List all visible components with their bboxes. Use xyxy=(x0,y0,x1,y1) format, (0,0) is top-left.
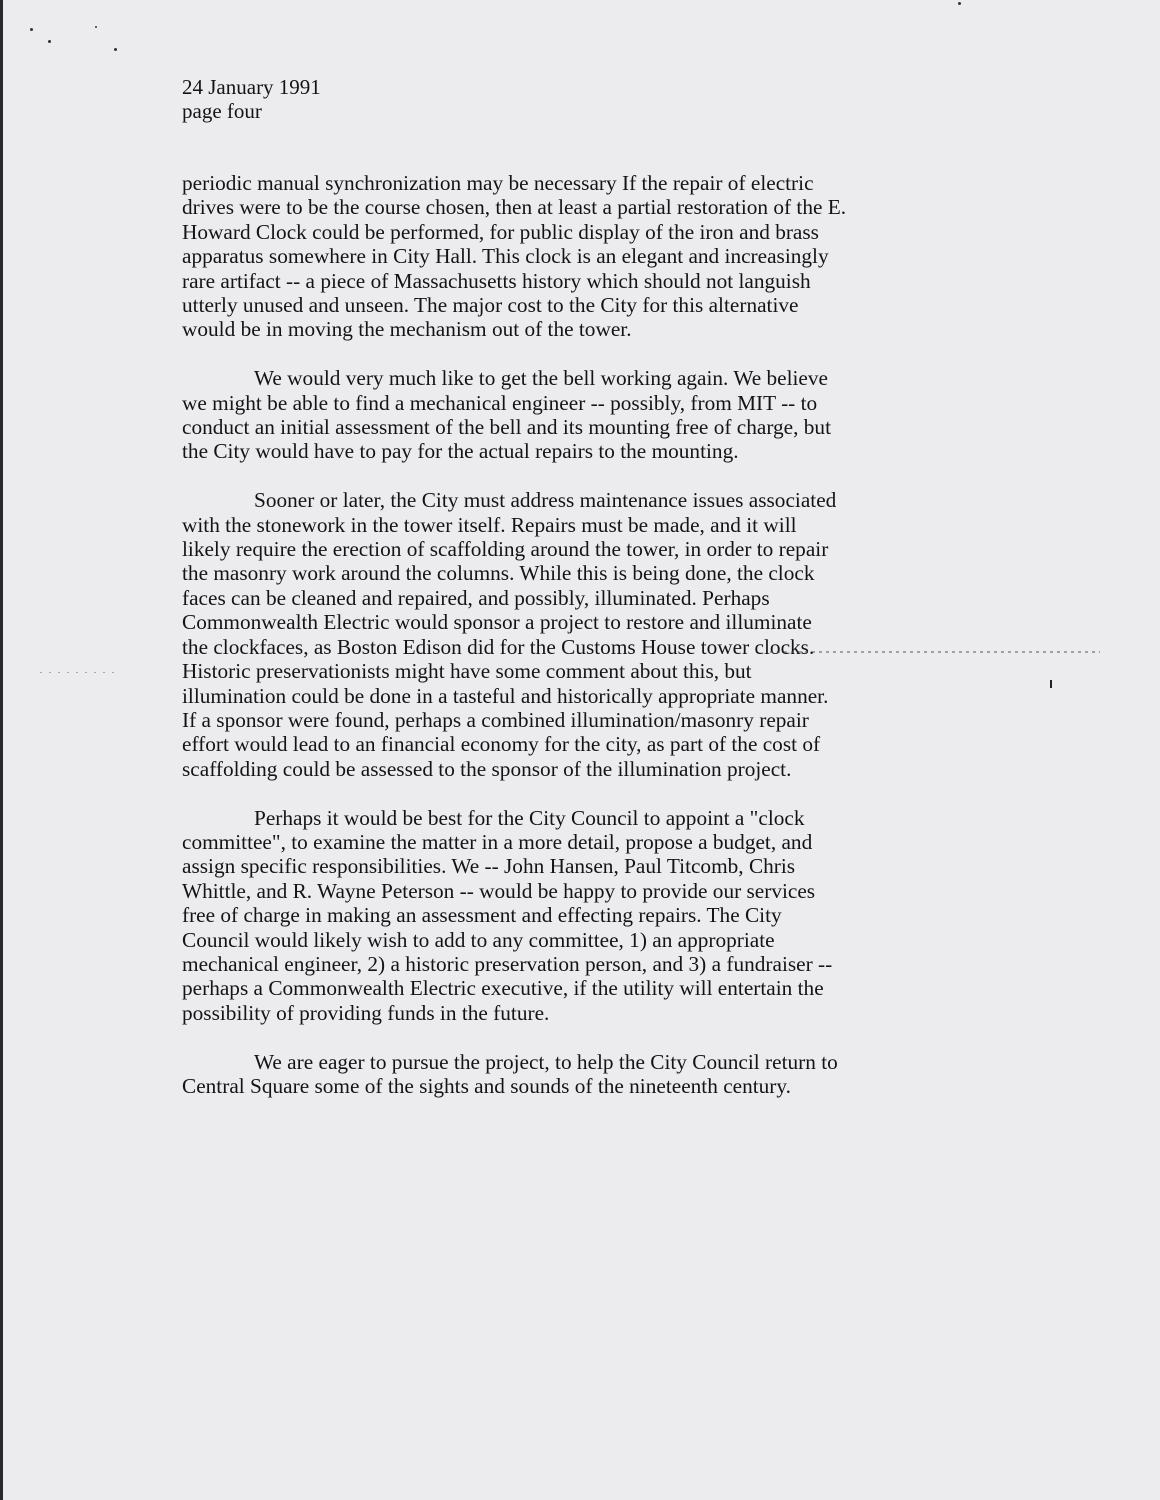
text-line: the clockfaces, as Boston Edison did for… xyxy=(182,635,1002,659)
text-line: illumination could be done in a tasteful… xyxy=(182,684,1002,708)
scan-speck xyxy=(48,40,51,43)
text-line: Sooner or later, the City must address m… xyxy=(182,488,1002,512)
text-line: perhaps a Commonwealth Electric executiv… xyxy=(182,976,1002,1000)
text-line: Howard Clock could be performed, for pub… xyxy=(182,220,1002,244)
paragraph: We would very much like to get the bell … xyxy=(182,366,1002,464)
text-line: We would very much like to get the bell … xyxy=(182,366,1002,390)
paragraph: We are eager to pursue the project, to h… xyxy=(182,1050,1002,1099)
scan-edge xyxy=(0,0,3,1500)
paragraph: periodic manual synchronization may be n… xyxy=(182,171,1002,342)
page-number: page four xyxy=(182,99,321,123)
letter-body: periodic manual synchronization may be n… xyxy=(182,171,1002,1123)
text-line: free of charge in making an assessment a… xyxy=(182,903,1002,927)
text-line: possibility of providing funds in the fu… xyxy=(182,1001,1002,1025)
text-line: Historic preservationists might have som… xyxy=(182,659,1002,683)
text-line: effort would lead to an financial econom… xyxy=(182,732,1002,756)
text-line: Central Square some of the sights and so… xyxy=(182,1074,1002,1098)
text-line: faces can be cleaned and repaired, and p… xyxy=(182,586,1002,610)
scan-speck xyxy=(958,2,961,5)
letter-page: 24 January 1991 page four periodic manua… xyxy=(0,0,1160,1500)
paragraph: Perhaps it would be best for the City Co… xyxy=(182,806,1002,1026)
text-line: the masonry work around the columns. Whi… xyxy=(182,561,1002,585)
text-line: would be in moving the mechanism out of … xyxy=(182,317,1002,341)
text-line: scaffolding could be assessed to the spo… xyxy=(182,757,1002,781)
stray-mark xyxy=(1050,680,1052,688)
letter-header: 24 January 1991 page four xyxy=(182,75,321,123)
text-line: Council would likely wish to add to any … xyxy=(182,928,1002,952)
text-line: apparatus somewhere in City Hall. This c… xyxy=(182,244,1002,268)
scan-speck xyxy=(95,26,97,28)
text-line: the City would have to pay for the actua… xyxy=(182,439,1002,463)
text-line: periodic manual synchronization may be n… xyxy=(182,171,1002,195)
text-line: with the stonework in the tower itself. … xyxy=(182,513,1002,537)
text-line: utterly unused and unseen. The major cos… xyxy=(182,293,1002,317)
text-line: rare artifact -- a piece of Massachusett… xyxy=(182,269,1002,293)
letter-date: 24 January 1991 xyxy=(182,75,321,99)
scan-speck xyxy=(114,48,117,51)
text-line: mechanical engineer, 2) a historic prese… xyxy=(182,952,1002,976)
scan-noise xyxy=(770,651,1100,653)
text-line: Perhaps it would be best for the City Co… xyxy=(182,806,1002,830)
text-line: drives were to be the course chosen, the… xyxy=(182,195,1002,219)
paragraph: Sooner or later, the City must address m… xyxy=(182,488,1002,781)
text-line: Whittle, and R. Wayne Peterson -- would … xyxy=(182,879,1002,903)
scan-noise xyxy=(40,672,120,673)
text-line: we might be able to find a mechanical en… xyxy=(182,391,1002,415)
text-line: likely require the erection of scaffoldi… xyxy=(182,537,1002,561)
text-line: Commonwealth Electric would sponsor a pr… xyxy=(182,610,1002,634)
text-line: committee", to examine the matter in a m… xyxy=(182,830,1002,854)
text-line: If a sponsor were found, perhaps a combi… xyxy=(182,708,1002,732)
text-line: assign specific responsibilities. We -- … xyxy=(182,854,1002,878)
text-line: We are eager to pursue the project, to h… xyxy=(182,1050,1002,1074)
text-line: conduct an initial assessment of the bel… xyxy=(182,415,1002,439)
scan-speck xyxy=(30,28,33,31)
